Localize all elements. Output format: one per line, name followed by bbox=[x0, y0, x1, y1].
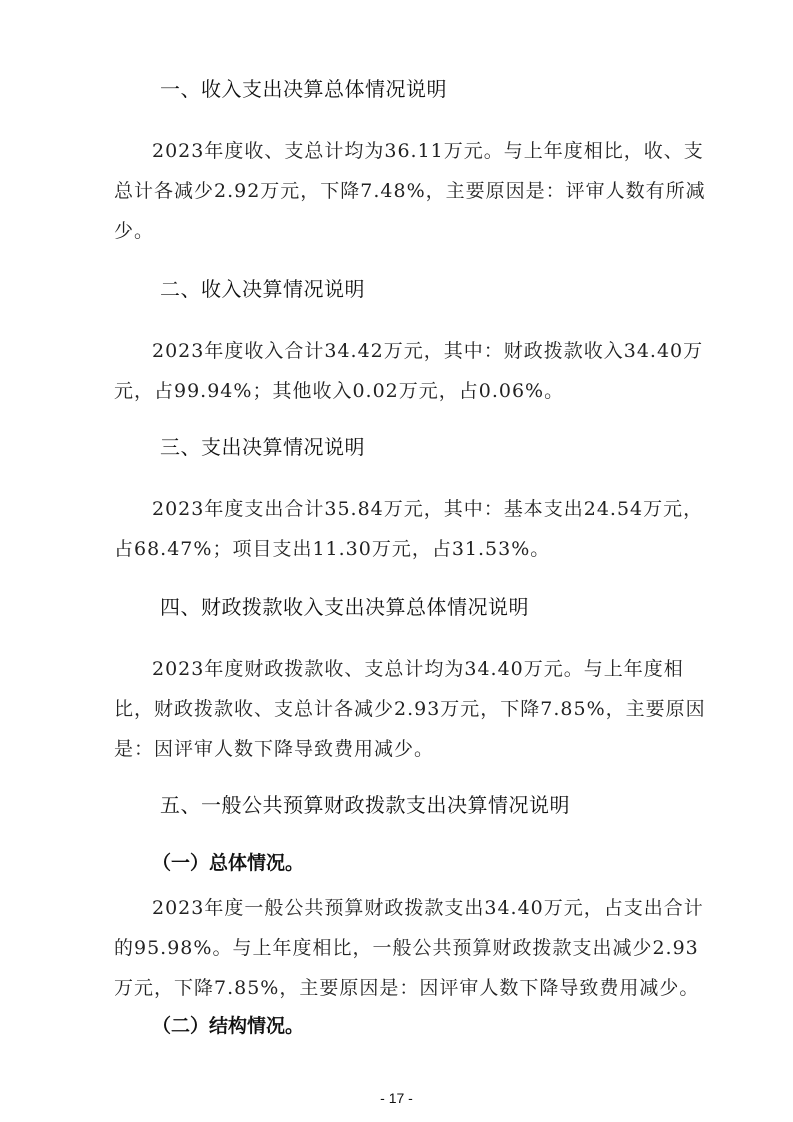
section-4-paragraph: 2023年度财政拨款收、支总计均为34.40万元。与上年度相 比，财政拨款收、支… bbox=[114, 649, 684, 769]
document-page: 一、收入支出决算总体情况说明 2023年度收、支总计均为36.11万元。与上年度… bbox=[0, 0, 793, 1122]
subsection-overall-paragraph: 2023年度一般公共预算财政拨款支出34.40万元，占支出合计 的95.98%。… bbox=[114, 888, 684, 1008]
subsection-heading-overall: （一）总体情况。 bbox=[152, 851, 304, 875]
section-heading-2: 二、收入决算情况说明 bbox=[160, 277, 365, 301]
paragraph-line: 2023年度支出合计35.84万元，其中：基本支出24.54万元， bbox=[114, 489, 684, 529]
paragraph-line: 总计各减少2.92万元，下降7.48%，主要原因是：评审人数有所减 bbox=[114, 171, 684, 211]
paragraph-line: 2023年度一般公共预算财政拨款支出34.40万元，占支出合计 bbox=[114, 888, 684, 928]
paragraph-line: 的95.98%。与上年度相比，一般公共预算财政拨款支出减少2.93 bbox=[114, 928, 684, 968]
paragraph-line: 是：因评审人数下降导致费用减少。 bbox=[114, 729, 684, 769]
section-heading-4: 四、财政拨款收入支出决算总体情况说明 bbox=[160, 595, 529, 619]
section-heading-3: 三、支出决算情况说明 bbox=[160, 435, 365, 459]
paragraph-line: 元，占99.94%；其他收入0.02万元，占0.06%。 bbox=[114, 371, 684, 411]
subsection-heading-structure: （二）结构情况。 bbox=[152, 1014, 304, 1038]
paragraph-line: 2023年度收、支总计均为36.11万元。与上年度相比，收、支 bbox=[114, 131, 684, 171]
section-1-paragraph: 2023年度收、支总计均为36.11万元。与上年度相比，收、支 总计各减少2.9… bbox=[114, 131, 684, 251]
paragraph-line: 2023年度收入合计34.42万元，其中：财政拨款收入34.40万 bbox=[114, 331, 684, 371]
paragraph-line: 占68.47%；项目支出11.30万元，占31.53%。 bbox=[114, 529, 684, 569]
paragraph-line: 2023年度财政拨款收、支总计均为34.40万元。与上年度相 bbox=[114, 649, 684, 689]
paragraph-line: 少。 bbox=[114, 211, 684, 251]
section-2-paragraph: 2023年度收入合计34.42万元，其中：财政拨款收入34.40万 元，占99.… bbox=[114, 331, 684, 411]
paragraph-line: 比，财政拨款收、支总计各减少2.93万元，下降7.85%，主要原因 bbox=[114, 689, 684, 729]
section-3-paragraph: 2023年度支出合计35.84万元，其中：基本支出24.54万元， 占68.47… bbox=[114, 489, 684, 569]
page-number: - 17 - bbox=[0, 1090, 793, 1106]
section-heading-1: 一、收入支出决算总体情况说明 bbox=[160, 77, 447, 101]
section-heading-5: 五、一般公共预算财政拨款支出决算情况说明 bbox=[160, 793, 570, 817]
paragraph-line: 万元，下降7.85%，主要原因是：因评审人数下降导致费用减少。 bbox=[114, 968, 684, 1008]
